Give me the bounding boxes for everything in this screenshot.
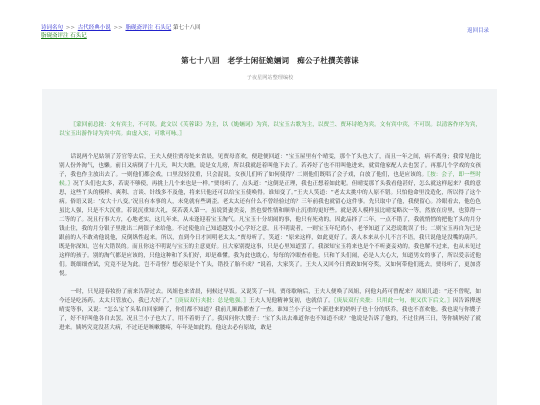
chapter-number: 第七十八回 bbox=[181, 56, 220, 65]
chapter-title-part-b: 痴公子杜撰芙蓉诔 bbox=[297, 56, 359, 65]
paragraph-text: 话说两个尼姑领了芳官等去后，王夫人便往贾母处来省晨，见贾母喜欢，便趁便回道：“宝… bbox=[59, 154, 481, 178]
top-navigation: 诗词名句 >> 古代经典小说 >> 脂砚斋评注 石头记 第七十八回 脂砚斋评注 … bbox=[0, 0, 540, 44]
annotation: 〖庚辰双行夹批：总是勉强。〗 bbox=[172, 298, 249, 304]
breadcrumb: 诗词名句 >> 古代经典小说 >> 脂砚斋评注 石头记 第七十八回 bbox=[41, 25, 200, 32]
table-of-contents-link[interactable]: 返回目录 bbox=[467, 26, 489, 34]
breadcrumb-link-book[interactable]: 脂砚斋评注 石头记 bbox=[125, 25, 171, 31]
chapter-title-part-a: 老学士闲征姽婳词 bbox=[228, 56, 290, 65]
annotation: 〖庚辰双行夹批：只用此一句，便又伏下后文。〗 bbox=[334, 298, 453, 304]
chapter-lead-note: 〖蒙回前总批：文有宾主，不可误。此文以《芙蓉诔》为主，以《姽婳词》为宾，以宝玉古… bbox=[59, 121, 481, 139]
chapter-subtitle: 子夜星网站整理编校 bbox=[0, 74, 540, 81]
breadcrumb-separator: >> bbox=[114, 25, 123, 31]
breadcrumb-separator: >> bbox=[66, 25, 75, 31]
breadcrumb-current: 第七十八回 bbox=[173, 25, 201, 31]
breadcrumb-link-classic-novels[interactable]: 古代经典小说 bbox=[78, 25, 111, 31]
paragraph: 一时，只见迎春妆扮了前来告辞过去。凤姐也来省晨，伺候过早饭。又说笑了一回。贾母歇… bbox=[59, 288, 481, 333]
book-link-row: 脂砚斋评注 石头记 bbox=[41, 33, 87, 40]
chapter-title: 第七十八回老学士闲征姽婳词痴公子杜撰芙蓉诔 bbox=[0, 55, 540, 66]
chapter-content: 〖蒙回前总批：文有宾主，不可误。此文以《芙蓉诔》为主，以《姽婳词》为宾，以宝玉古… bbox=[59, 121, 481, 341]
paragraph-text: 况丫头们也太多，若说不够使，再挑上几个来也是一样。”贾母听了，点头道：“这倒是正… bbox=[59, 181, 481, 277]
breadcrumb-link-home[interactable]: 诗词名句 bbox=[41, 25, 63, 31]
paragraph: 话说两个尼姑领了芳官等去后，王夫人便往贾母处来省晨，见贾母喜欢，便趁便回道：“宝… bbox=[59, 153, 481, 279]
paragraph-text: 王夫人见他精神复初，也就信了。 bbox=[249, 298, 334, 304]
book-link[interactable]: 脂砚斋评注 石头记 bbox=[41, 33, 87, 39]
